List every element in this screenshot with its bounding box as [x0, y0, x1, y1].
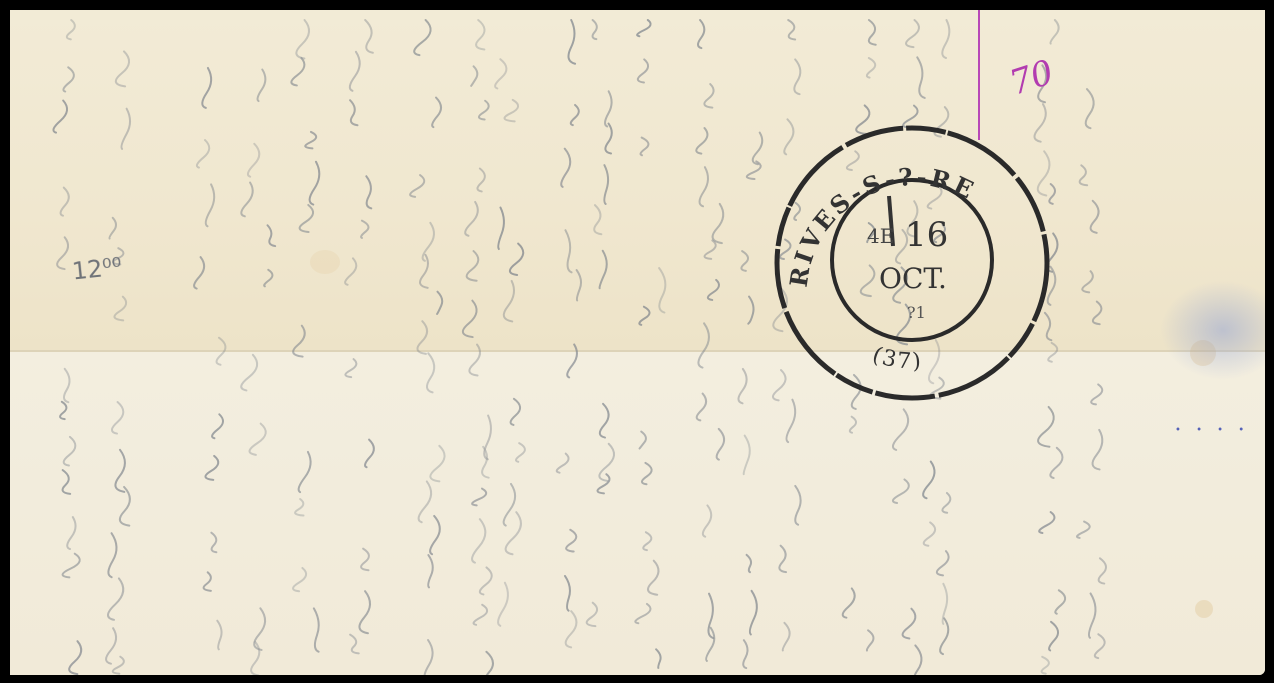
blue-ink-stain [1160, 280, 1265, 380]
postmark-year: ?1 [907, 303, 926, 322]
handwritten-script [10, 10, 1265, 675]
circular-postmark: RIVES-S-?-RE (37) 4E 16 OCT. ?1 [767, 118, 1057, 408]
postmark-time: 4E [867, 224, 894, 248]
postmark-month: OCT. [879, 262, 947, 295]
svg-text:(37): (37) [869, 342, 924, 374]
postmark-day: 16 [905, 215, 948, 255]
letter-cover: • • • • 70 12⁰⁰ RIVES-S-?-RE (37) 4E 16 … [10, 10, 1265, 675]
pencil-amount: 12⁰⁰ [71, 252, 123, 285]
blue-dots: • • • • [1175, 425, 1250, 436]
postmark-department: (37) [869, 342, 924, 374]
